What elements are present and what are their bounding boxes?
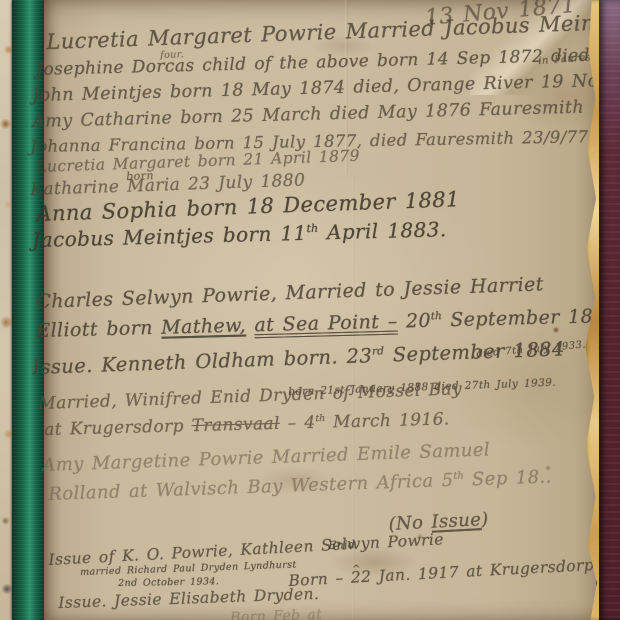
handwriting-segment: Born Feb at bbox=[230, 607, 322, 620]
handwriting-segment: September 1884 bbox=[384, 337, 565, 366]
handwriting-segment: Elliott born bbox=[36, 317, 162, 342]
handwriting-segment: Married, Winifred Enid Dryden of Mossel … bbox=[38, 379, 462, 414]
entry-issue-kenneth: Issue. Kenneth Oldham born. 23rd Septemb… bbox=[32, 337, 565, 379]
handwriting-segment: ) bbox=[481, 509, 490, 530]
entry-charles-continued: Elliott born Mathew, at Sea Point – 20th… bbox=[36, 305, 620, 342]
handwriting-segment: at Sea Point – bbox=[254, 311, 398, 337]
handwriting-segment: th bbox=[315, 413, 325, 424]
handwriting-segment: March 1916. bbox=[325, 409, 450, 432]
note-october-1934: 2nd October 1934. bbox=[118, 576, 219, 589]
handwriting-segment: April 1883. bbox=[318, 217, 447, 244]
handwriting-segment: Issue. Kenneth Oldham born. 23 bbox=[32, 344, 373, 379]
handwriting-segment: th bbox=[306, 222, 318, 235]
handwriting-segment: Mathew, bbox=[161, 315, 246, 339]
handwriting-segment: – 4 bbox=[280, 413, 316, 434]
handwriting-segment: at Krugersdorp bbox=[44, 416, 192, 440]
entry-at-krugersdorp: at Krugersdorp Transvaal – 4th March 191… bbox=[44, 409, 450, 440]
handwriting-segment: th bbox=[453, 470, 464, 481]
entry-born-1917: Born – 22 Jan. 1917 at Krugersdorp bbox=[288, 556, 595, 590]
entry-married-winifred: Married, Winifred Enid Dryden of Mossel … bbox=[38, 379, 462, 414]
handwriting-segment: Charles Selwyn Powrie, Married to Jessie… bbox=[36, 273, 544, 313]
handwriting-segment: 2nd October 1934. bbox=[118, 576, 219, 589]
handwriting-segment: 20 bbox=[397, 310, 431, 333]
handwriting-segment: Transvaal bbox=[191, 414, 280, 436]
handwriting-segment: Rolland at Walvisch Bay Western Africa 5 bbox=[48, 470, 454, 505]
handwriting-segment: Sep 18.. bbox=[464, 466, 553, 490]
entry-marriage-charles: Charles Selwyn Powrie, Married to Jessie… bbox=[36, 273, 544, 313]
handwriting-segment: Born – 22 Jan. 1917 at Krugersdorp bbox=[288, 556, 595, 590]
book-cover-edge bbox=[599, 0, 620, 620]
handwritten-entries: 13 Nov 1871Lucretia Margaret Powrie Marr… bbox=[0, 0, 620, 620]
handwriting-segment: Jacobus Meintjes born 11 bbox=[32, 221, 307, 252]
handwriting-segment: Issue bbox=[431, 509, 482, 533]
entry-bottom-fragment: Born Feb at bbox=[230, 607, 322, 620]
handwriting-segment: th bbox=[431, 310, 442, 322]
handwriting-segment: rd bbox=[372, 344, 384, 357]
photo-of-register-page: 13 Nov 1871Lucretia Margaret Powrie Marr… bbox=[0, 0, 620, 620]
